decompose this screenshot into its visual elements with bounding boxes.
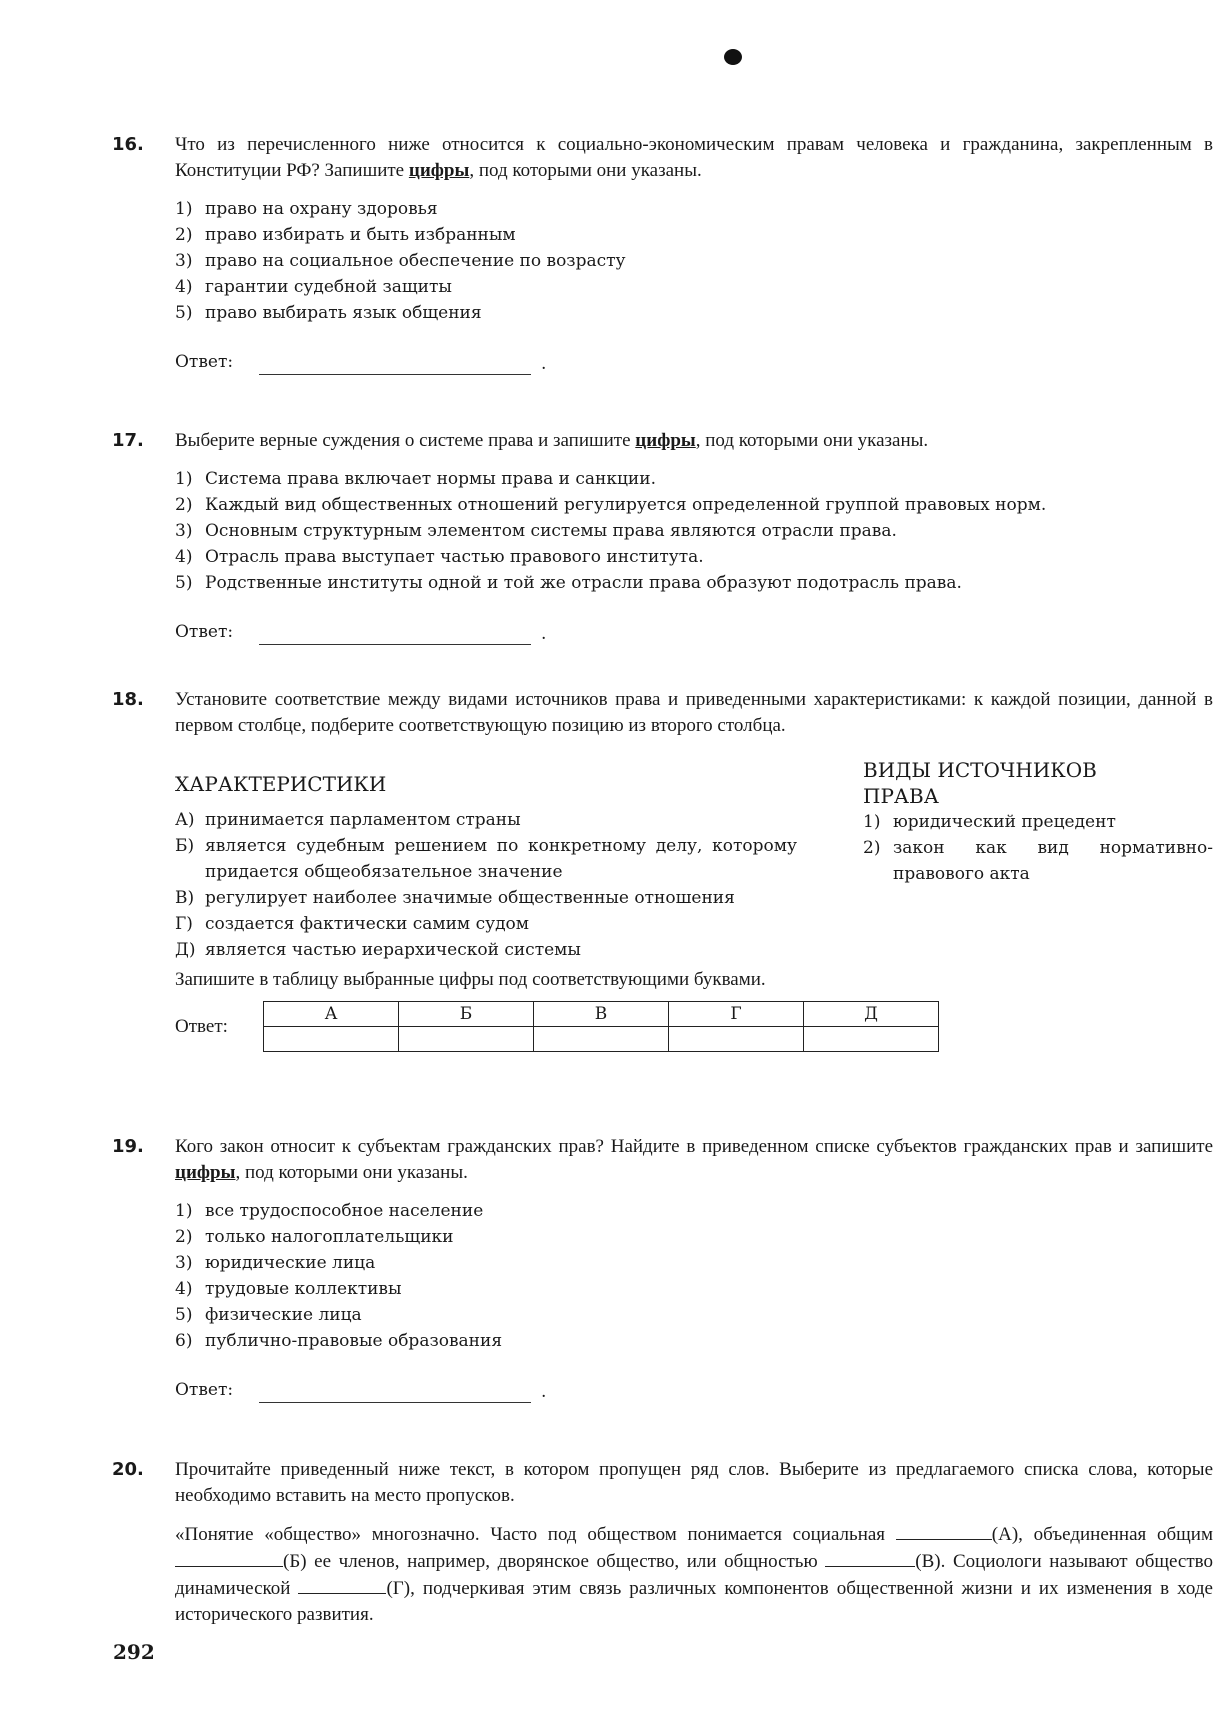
option-text: право избирать и быть избранным <box>205 225 516 245</box>
item-letter: Д) <box>175 937 195 963</box>
option-item: 5)право выбирать язык общения <box>175 300 1212 326</box>
answer-blank[interactable] <box>259 374 531 375</box>
option-item: 1)право на охрану здоровья <box>175 196 1212 222</box>
source-item: 2)закон как вид нормативно-правового акт… <box>863 835 1213 887</box>
emphasis-digits: цифры <box>175 1162 235 1183</box>
sources-column: ВИДЫ ИСТОЧНИКОВ ПРАВА 1)юридический прец… <box>863 757 1213 887</box>
task-number: 20. <box>112 1457 144 1483</box>
item-text: закон как вид нормативно-правового акта <box>893 838 1213 884</box>
item-number: 1) <box>863 809 880 835</box>
page-number: 292 <box>113 1640 155 1664</box>
option-text: все трудоспособное население <box>205 1201 483 1221</box>
gap-fill-passage: «Понятие «общество» многозначно. Часто п… <box>175 1521 1213 1628</box>
option-number: 4) <box>175 1276 205 1302</box>
option-item: 4)Отрасль права выступает частью правово… <box>175 544 1212 570</box>
task-question: Прочитайте приведенный ниже текст, в кот… <box>175 1457 1213 1509</box>
option-text: Система права включает нормы права и сан… <box>205 469 656 489</box>
task-number: 16. <box>112 132 144 158</box>
answer-label: Ответ: <box>175 1380 233 1400</box>
scan-dot-mark <box>724 49 742 65</box>
gap-a[interactable] <box>896 1521 992 1540</box>
option-number: 1) <box>175 196 205 222</box>
item-letter: В) <box>175 885 194 911</box>
option-number: 2) <box>175 222 205 248</box>
option-item: 3)юридические лица <box>175 1250 1212 1276</box>
option-item: 1)Система права включает нормы права и с… <box>175 466 1212 492</box>
option-text: Родственные институты одной и той же отр… <box>205 573 962 593</box>
option-number: 2) <box>175 1224 205 1250</box>
option-text: право выбирать язык общения <box>205 303 482 323</box>
question-text: Кого закон относит к субъектам гражданск… <box>175 1136 1213 1157</box>
answer-cell[interactable] <box>264 1027 399 1052</box>
table-header-cell: Д <box>804 1002 939 1027</box>
answer-table-18: Ответ: А Б В Г Д <box>175 1001 1212 1059</box>
task-20: 20. Прочитайте приведенный ниже текст, в… <box>112 1457 1212 1628</box>
task-question: Выберите верные суждения о системе права… <box>175 428 1213 454</box>
task-18: 18. Установите соответствие между видами… <box>112 687 1212 1059</box>
option-text: юридические лица <box>205 1253 375 1273</box>
item-text: создается фактически самим судом <box>205 914 529 934</box>
answer-blank[interactable] <box>259 644 531 645</box>
option-item: 5)физические лица <box>175 1302 1212 1328</box>
option-item: 3)Основным структурным элементом системы… <box>175 518 1212 544</box>
options-list: 1)право на охрану здоровья 2)право избир… <box>175 196 1212 326</box>
task-question: Что из перечисленного ниже относится к с… <box>175 132 1213 184</box>
option-number: 1) <box>175 466 205 492</box>
table-answer-row <box>264 1027 939 1052</box>
answer-label: Ответ: <box>175 622 233 642</box>
answer-cell[interactable] <box>804 1027 939 1052</box>
question-text-end: , под которыми они указаны. <box>696 430 928 451</box>
option-item: 6)публично-правовые образования <box>175 1328 1212 1354</box>
option-text: Отрасль права выступает частью правового… <box>205 547 704 567</box>
task-number: 19. <box>112 1134 144 1160</box>
table-header-cell: А <box>264 1002 399 1027</box>
characteristics-column: ХАРАКТЕРИСТИКИ А)принимается парламентом… <box>175 757 797 963</box>
item-text: принимается парламентом страны <box>205 810 521 830</box>
option-text: трудовые коллективы <box>205 1279 402 1299</box>
answer-field-16: Ответ: . <box>175 352 1212 378</box>
characteristic-item: А)принимается парламентом страны <box>175 807 797 833</box>
option-text: право на социальное обеспечение по возра… <box>205 251 626 271</box>
question-text-end: , под которыми они указаны. <box>235 1162 467 1183</box>
option-item: 2)только налогоплательщики <box>175 1224 1212 1250</box>
item-number: 2) <box>863 835 880 861</box>
table-header-row: А Б В Г Д <box>264 1002 939 1027</box>
characteristics-heading: ХАРАКТЕРИСТИКИ <box>175 771 797 797</box>
task-19: 19. Кого закон относит к субъектам гражд… <box>112 1134 1212 1406</box>
passage-text: (Б) ее членов, например, дворянское обще… <box>283 1551 825 1572</box>
gap-v[interactable] <box>825 1548 915 1567</box>
option-item: 4)гарантии судебной защиты <box>175 274 1212 300</box>
item-text: является частью иерархической системы <box>205 940 581 960</box>
answer-period: . <box>541 1382 546 1402</box>
option-number: 5) <box>175 570 205 596</box>
option-item: 2)право избирать и быть избранным <box>175 222 1212 248</box>
gap-g[interactable] <box>298 1575 386 1594</box>
characteristic-item: Б)является судебным решением по конкретн… <box>175 833 797 885</box>
option-item: 2)Каждый вид общественных отношений регу… <box>175 492 1212 518</box>
option-number: 3) <box>175 518 205 544</box>
option-text: только налогоплательщики <box>205 1227 453 1247</box>
answer-cell[interactable] <box>534 1027 669 1052</box>
option-item: 5)Родственные институты одной и той же о… <box>175 570 1212 596</box>
characteristic-item: Д)является частью иерархической системы <box>175 937 797 963</box>
answer-label: Ответ: <box>175 1016 228 1038</box>
source-item: 1)юридический прецедент <box>863 809 1213 835</box>
answer-table: А Б В Г Д <box>263 1001 939 1052</box>
answer-label: Ответ: <box>175 352 233 372</box>
matching-columns: ХАРАКТЕРИСТИКИ А)принимается парламентом… <box>175 757 1212 957</box>
question-text-end: , под которыми они указаны. <box>469 160 701 181</box>
answer-blank[interactable] <box>259 1402 531 1403</box>
characteristic-item: Г)создается фактически самим судом <box>175 911 797 937</box>
option-item: 4)трудовые коллективы <box>175 1276 1212 1302</box>
options-list: 1)Система права включает нормы права и с… <box>175 466 1212 596</box>
answer-period: . <box>541 624 546 644</box>
passage-text: объединенная общим <box>1023 1524 1213 1545</box>
question-text: Выберите верные суждения о системе права… <box>175 430 635 451</box>
option-text: Каждый вид общественных отношений регули… <box>205 495 1046 515</box>
item-letter: Б) <box>175 833 194 859</box>
option-number: 5) <box>175 300 205 326</box>
sources-heading: ВИДЫ ИСТОЧНИКОВ ПРАВА <box>863 757 1103 809</box>
table-header-cell: Б <box>399 1002 534 1027</box>
task-question: Кого закон относит к субъектам гражданск… <box>175 1134 1213 1186</box>
passage-text: «Понятие «общество» многозначно. Часто п… <box>175 1524 896 1545</box>
answer-field-19: Ответ: . <box>175 1380 1212 1406</box>
answer-cell[interactable] <box>669 1027 804 1052</box>
table-header-cell: Г <box>669 1002 804 1027</box>
option-text: публично-правовые образования <box>205 1331 502 1351</box>
answer-cell[interactable] <box>399 1027 534 1052</box>
task-number: 17. <box>112 428 144 454</box>
task-number: 18. <box>112 687 144 713</box>
passage-text: (А), <box>992 1524 1023 1545</box>
item-text: является судебным решением по конкретном… <box>205 836 797 882</box>
answer-field-17: Ответ: . <box>175 622 1212 648</box>
answer-period: . <box>541 354 546 374</box>
item-text: юридический прецедент <box>893 812 1116 832</box>
options-list: 1)все трудоспособное население 2)только … <box>175 1198 1212 1354</box>
gap-b[interactable] <box>175 1548 283 1567</box>
item-text: регулирует наиболее значимые общественны… <box>205 888 735 908</box>
table-header-cell: В <box>534 1002 669 1027</box>
exam-page: 16. Что из перечисленного ниже относится… <box>0 0 1216 1712</box>
task-17: 17. Выберите верные суждения о системе п… <box>112 428 1212 648</box>
option-item: 1)все трудоспособное население <box>175 1198 1212 1224</box>
characteristic-item: В)регулирует наиболее значимые обществен… <box>175 885 797 911</box>
item-letter: Г) <box>175 911 193 937</box>
item-letter: А) <box>175 807 195 833</box>
emphasis-digits: цифры <box>409 160 469 181</box>
option-text: гарантии судебной защиты <box>205 277 452 297</box>
task-16: 16. Что из перечисленного ниже относится… <box>112 132 1212 378</box>
option-number: 1) <box>175 1198 205 1224</box>
option-number: 5) <box>175 1302 205 1328</box>
table-instruction: Запишите в таблицу выбранные цифры под с… <box>175 967 1212 993</box>
option-number: 6) <box>175 1328 205 1354</box>
option-text: Основным структурным элементом системы п… <box>205 521 897 541</box>
option-number: 4) <box>175 274 205 300</box>
option-number: 2) <box>175 492 205 518</box>
option-number: 4) <box>175 544 205 570</box>
emphasis-digits: цифры <box>635 430 695 451</box>
option-item: 3)право на социальное обеспечение по воз… <box>175 248 1212 274</box>
option-number: 3) <box>175 248 205 274</box>
option-text: физические лица <box>205 1305 362 1325</box>
task-question: Установите соответствие между видами ист… <box>175 687 1213 739</box>
option-number: 3) <box>175 1250 205 1276</box>
option-text: право на охрану здоровья <box>205 199 438 219</box>
